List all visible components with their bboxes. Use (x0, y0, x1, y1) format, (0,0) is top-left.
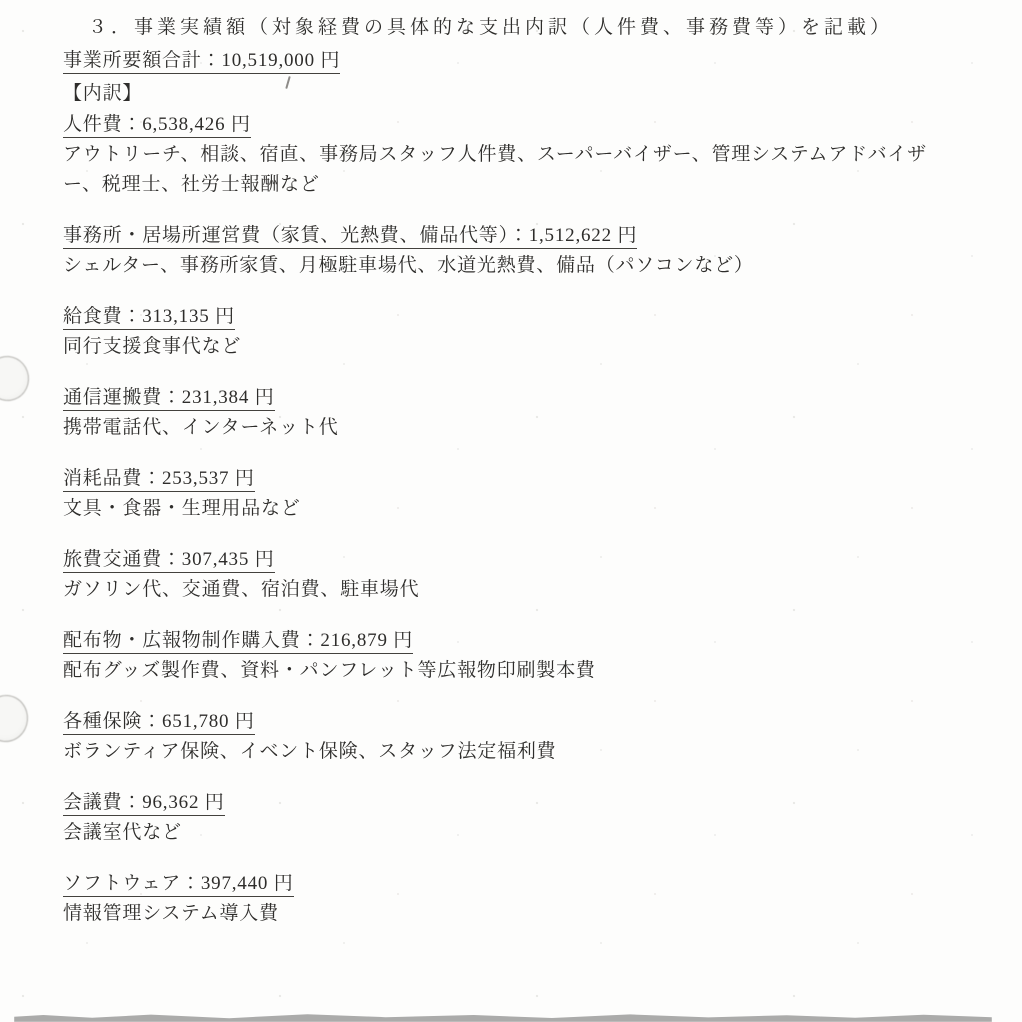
expense-heading-line: 消耗品費：253,537 円 (63, 464, 939, 494)
expense-item: 給食費：313,135 円 同行支援食事代など (63, 302, 939, 362)
expense-detail-text: 配布グッズ製作費、資料・パンフレット等広報物印刷製本費 (63, 656, 939, 686)
expense-heading-line: 旅費交通費：307,435 円 (63, 545, 939, 575)
expense-heading-line: 会議費：96,362 円 (63, 788, 939, 818)
scanned-document-page: ３．事業実績額（対象経費の具体的な支出内訳（人件費、事務費等）を記載） 事業所要… (0, 0, 1022, 1022)
expense-item: 会議費：96,362 円 会議室代など (63, 788, 939, 848)
expense-heading-line: 通信運搬費：231,384 円 (63, 383, 939, 413)
expense-detail-text: 会議室代など (63, 818, 939, 848)
expense-item: 消耗品費：253,537 円 文具・食器・生理用品など (63, 464, 939, 524)
expense-heading-text: 人件費：6,538,426 円 (63, 114, 251, 138)
expense-heading-text: 消耗品費：253,537 円 (63, 468, 255, 492)
expense-heading-text: 通信運搬費：231,384 円 (63, 387, 275, 411)
hole-punch-mark (0, 693, 30, 744)
expense-detail-text: ボランティア保険、イベント保険、スタッフ法定福利費 (63, 737, 939, 767)
expense-item: 通信運搬費：231,384 円 携帯電話代、インターネット代 (63, 383, 939, 443)
expense-heading-line: 配布物・広報物制作購入費：216,879 円 (63, 626, 939, 656)
expense-detail-text: 同行支援食事代など (63, 332, 939, 362)
expense-heading-text: ソフトウェア：397,440 円 (63, 873, 294, 897)
expense-item: 人件費：6,538,426 円 アウトリーチ、相談、宿直、事務局スタッフ人件費、… (63, 110, 939, 200)
expense-detail-text: 文具・食器・生理用品など (63, 494, 939, 524)
expense-heading-text: 配布物・広報物制作購入費：216,879 円 (63, 630, 413, 654)
expense-detail-text: シェルター、事務所家賃、月極駐車場代、水道光熱費、備品（パソコンなど） (63, 251, 939, 281)
section-title: ３．事業実績額（対象経費の具体的な支出内訳（人件費、事務費等）を記載） (63, 12, 939, 44)
expense-heading-line: 人件費：6,538,426 円 (63, 110, 939, 140)
document-content: ３．事業実績額（対象経費の具体的な支出内訳（人件費、事務費等）を記載） 事業所要… (63, 12, 939, 950)
expense-heading-text: 給食費：313,135 円 (63, 306, 235, 330)
expense-item: ソフトウェア：397,440 円 情報管理システム導入費 (63, 869, 939, 929)
expense-detail-text: 情報管理システム導入費 (63, 899, 939, 929)
expense-item: 事務所・居場所運営費（家賃、光熱費、備品代等）：1,512,622 円 シェルタ… (63, 221, 939, 281)
expense-detail-text: アウトリーチ、相談、宿直、事務局スタッフ人件費、スーパーバイザー、管理システムア… (63, 140, 939, 200)
expense-heading-line: 各種保険：651,780 円 (63, 707, 939, 737)
expense-item: 配布物・広報物制作購入費：216,879 円 配布グッズ製作費、資料・パンフレッ… (63, 626, 939, 686)
expense-detail-text: 携帯電話代、インターネット代 (63, 413, 939, 443)
expense-item: 旅費交通費：307,435 円 ガソリン代、交通費、宿泊費、駐車場代 (63, 545, 939, 605)
expense-heading-text: 各種保険：651,780 円 (63, 711, 255, 735)
expense-heading-text: 会議費：96,362 円 (63, 792, 225, 816)
expense-list: 人件費：6,538,426 円 アウトリーチ、相談、宿直、事務局スタッフ人件費、… (63, 110, 939, 929)
total-amount-line: 事業所要額合計：10,519,000 円 (63, 44, 939, 77)
expense-heading-line: 給食費：313,135 円 (63, 302, 939, 332)
total-amount-text: 事業所要額合計：10,519,000 円 (63, 50, 340, 74)
hole-punch-mark (0, 353, 32, 404)
expense-item: 各種保険：651,780 円 ボランティア保険、イベント保険、スタッフ法定福利費 (63, 707, 939, 767)
expense-heading-line: 事務所・居場所運営費（家賃、光熱費、備品代等）：1,512,622 円 (63, 221, 939, 251)
breakdown-label: 【内訳】 (63, 77, 939, 110)
expense-heading-text: 旅費交通費：307,435 円 (63, 549, 275, 573)
expense-heading-line: ソフトウェア：397,440 円 (63, 869, 939, 899)
expense-heading-text: 事務所・居場所運営費（家賃、光熱費、備品代等）：1,512,622 円 (63, 225, 637, 249)
expense-detail-text: ガソリン代、交通費、宿泊費、駐車場代 (63, 575, 939, 605)
scanner-edge-artifact (14, 1012, 992, 1022)
